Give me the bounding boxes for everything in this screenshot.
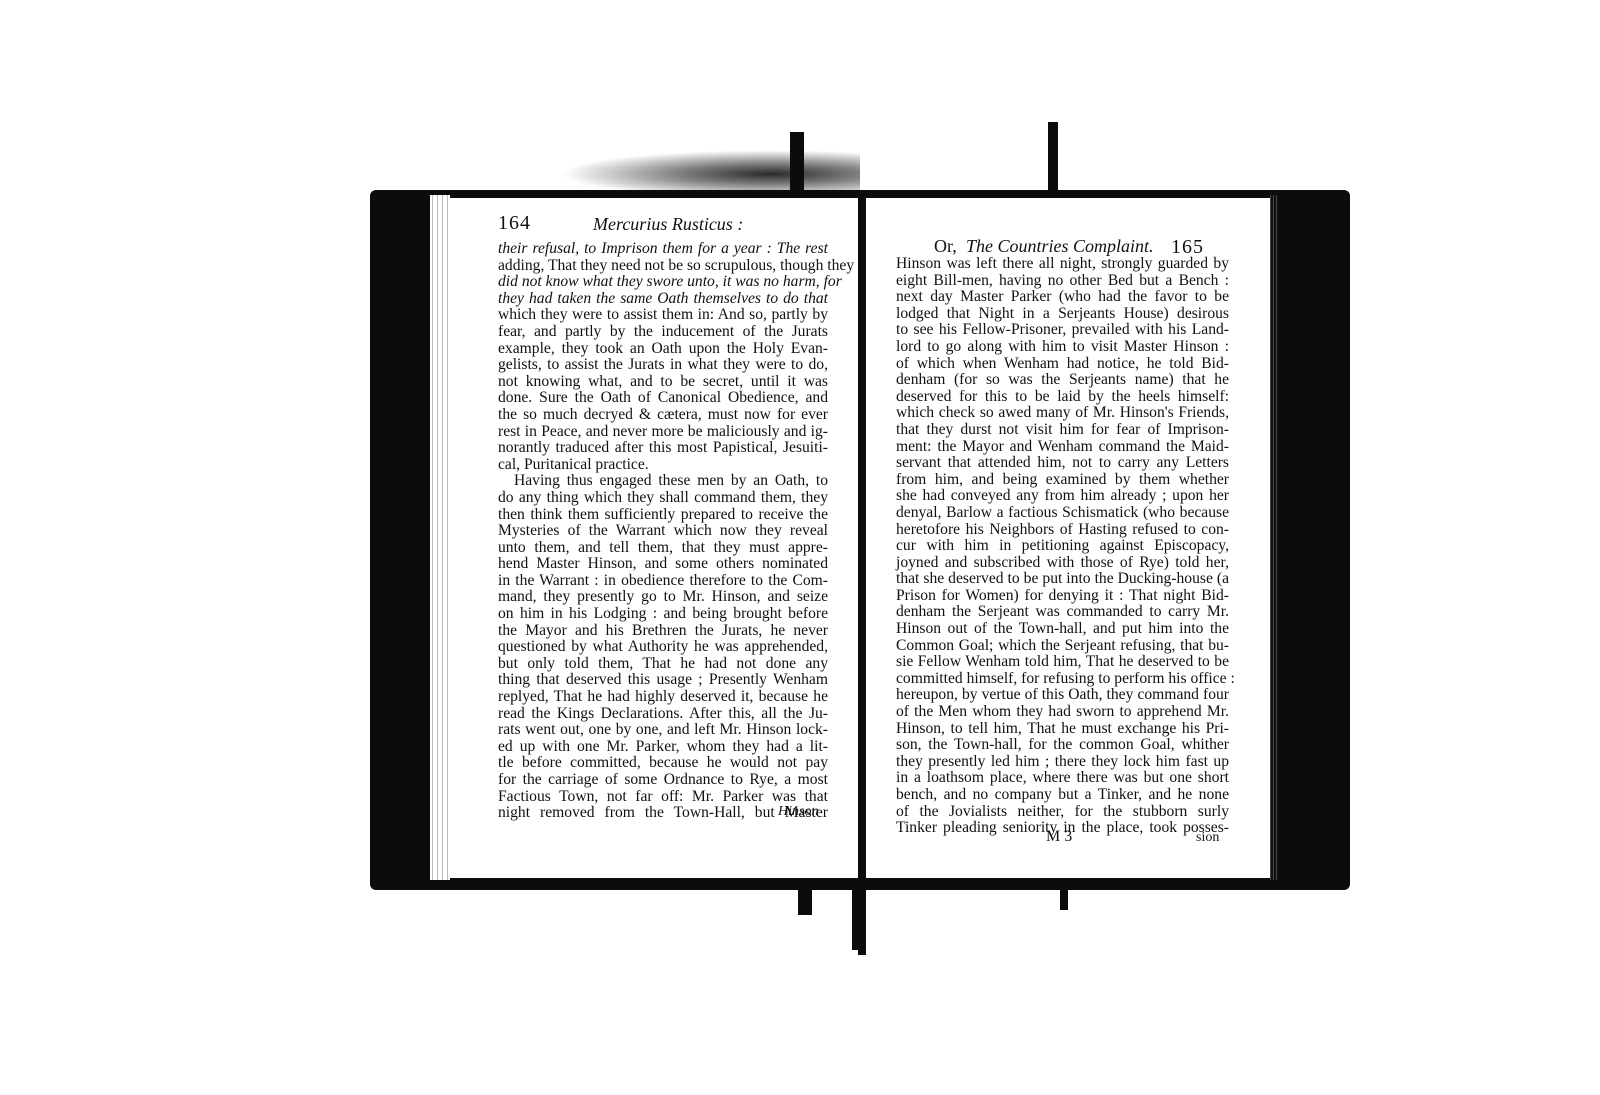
text-line: the Mayor and his Brethren the Jurats, h… <box>498 623 828 640</box>
text-line: do any thing which they shall command th… <box>498 490 828 507</box>
text-line: of which when Wenham had notice, he told… <box>896 356 1229 373</box>
text-line: in a loathsom place, where there was but… <box>896 770 1229 787</box>
page-edges-right <box>1270 195 1278 880</box>
text-line: then think them sufficiently prepared to… <box>498 507 828 524</box>
text-line: from him, and being examined by them whe… <box>896 472 1229 489</box>
right-catchword: sion <box>1196 830 1219 846</box>
text-line: denyal, Barlow a factious Schismatick (w… <box>896 505 1229 522</box>
text-line: hereupon, by vertue of this Oath, they c… <box>896 687 1229 704</box>
text-line: rats went out, one by one, and left Mr. … <box>498 722 828 739</box>
text-line: Hinson was left there all night, strongl… <box>896 256 1229 273</box>
text-line: example, they took an Oath upon the Holy… <box>498 341 828 358</box>
text-line: tle before committed, because he would n… <box>498 755 828 772</box>
text-line: unto them, and tell them, that they must… <box>498 540 828 557</box>
left-page-number: 164 <box>498 212 531 235</box>
text-line: on him in his Lodging : and being brough… <box>498 606 828 623</box>
spine-gutter <box>858 195 866 955</box>
ribbon-tab-top-left <box>790 132 804 192</box>
text-line: joyned and subscribed with those of Rye)… <box>896 555 1229 572</box>
text-line: fear, and partly by the inducement of th… <box>498 324 828 341</box>
left-catchword: Hinson <box>778 804 818 820</box>
text-line: rest in Peace, and never more be malicio… <box>498 424 828 441</box>
right-running-title: The Countries Complaint. <box>966 236 1154 257</box>
left-page-body: their refusal, to Imprison them for a ye… <box>498 241 828 822</box>
ribbon-tab-bottom-right <box>1060 880 1068 910</box>
text-line: hend Master Hinson, and some others nomi… <box>498 556 828 573</box>
text-line: Prison for Women) for denying it : That … <box>896 588 1229 605</box>
text-line: to see his Fellow-Prisoner, prevailed wi… <box>896 322 1229 339</box>
text-line: read the Kings Declarations. After this,… <box>498 706 828 723</box>
text-line: not knowing what, and to be secret, unti… <box>498 374 828 391</box>
text-line: Common Goal; which the Serjeant refusing… <box>896 638 1229 655</box>
text-line: servant that attended him, not to carry … <box>896 455 1229 472</box>
signature-mark: M 3 <box>1046 828 1072 846</box>
text-line: norantly traduced after this most Papist… <box>498 440 828 457</box>
left-running-head: 164 Mercurius Rusticus : <box>448 212 858 240</box>
text-line: replyed, That he had highly deserved it,… <box>498 689 828 706</box>
ribbon-tab-bottom-left <box>798 880 812 915</box>
text-line: denham the Serjeant was commanded to car… <box>896 604 1229 621</box>
text-line: cur with him in petitioning against Epis… <box>896 538 1229 555</box>
text-line: Having thus engaged these men by an Oath… <box>498 473 828 490</box>
text-line: in the Warrant : in obedience therefore … <box>498 573 828 590</box>
text-line: their refusal, to Imprison them for a ye… <box>498 241 828 258</box>
text-line: lord to go along with him to visit Maste… <box>896 339 1229 356</box>
text-line: but only told them, That he had not done… <box>498 656 828 673</box>
text-line: cal, Puritanical practice. <box>498 457 828 474</box>
text-line: mand, they presently go to Mr. Hinson, a… <box>498 589 828 606</box>
text-line: which check so awed many of Mr. Hinson's… <box>896 405 1229 422</box>
text-line: Hinson, to tell him, That he must exchan… <box>896 721 1229 738</box>
text-line: heretofore his Neighbors of Hasting refu… <box>896 522 1229 539</box>
text-line: bench, and no company but a Tinker, and … <box>896 787 1229 804</box>
right-page-body: Hinson was left there all night, strongl… <box>896 256 1229 837</box>
text-line: that they durst not visit him for fear o… <box>896 422 1229 439</box>
cover-smudge <box>560 150 860 190</box>
text-line: they presently led him ; there they lock… <box>896 754 1229 771</box>
text-line: sie Fellow Wenham told him, That he dese… <box>896 654 1229 671</box>
text-line: that she deserved to be put into the Duc… <box>896 571 1229 588</box>
text-line: Mysteries of the Warrant which now they … <box>498 523 828 540</box>
text-line: did not know what they swore unto, it wa… <box>498 274 828 291</box>
text-line: Hinson out of the Town-hall, and put him… <box>896 621 1229 638</box>
right-running-prefix: Or, <box>934 236 957 257</box>
text-line: the so much decryed & cætera, must now f… <box>498 407 828 424</box>
text-line: son, the Town-hall, for the common Goal,… <box>896 737 1229 754</box>
right-page: Or, The Countries Complaint. 165 Hinson … <box>866 198 1270 878</box>
text-line: done. Sure the Oath of Canonical Obedien… <box>498 390 828 407</box>
left-running-title: Mercurius Rusticus : <box>593 214 743 235</box>
text-line: committed himself, for refusing to perfo… <box>896 671 1229 688</box>
text-line: lodged that Night in a Serjeants House) … <box>896 306 1229 323</box>
text-line: gelists, to assist the Jurats in what th… <box>498 357 828 374</box>
text-line: they had taken the same Oath themselves … <box>498 291 828 308</box>
text-line: she had conveyed any from him already ; … <box>896 488 1229 505</box>
text-line: for the carriage of some Ordnance to Rye… <box>498 772 828 789</box>
ribbon-tab-top-right <box>1048 122 1058 192</box>
left-page: 164 Mercurius Rusticus : their refusal, … <box>448 198 858 878</box>
text-line: questioned by what Authority he was appr… <box>498 639 828 656</box>
text-line: which they were to assist them in: And s… <box>498 307 828 324</box>
text-line: denham (for so was the Serjeants name) t… <box>896 372 1229 389</box>
text-line: adding, That they need not be so scrupul… <box>498 258 828 275</box>
text-line: ment: the Mayor and Wenham command the M… <box>896 439 1229 456</box>
text-line: thing that deserved this usage ; Present… <box>498 672 828 689</box>
text-line: deserved for this to be laid by the heel… <box>896 389 1229 406</box>
text-line: next day Master Parker (who had the favo… <box>896 289 1229 306</box>
text-line: ed up with one Mr. Parker, whom they had… <box>498 739 828 756</box>
text-line: of the Jovialists neither, for the stubb… <box>896 804 1229 821</box>
page-edges-left <box>430 195 450 880</box>
text-line: eight Bill-men, having no other Bed but … <box>896 273 1229 290</box>
text-line: Factious Town, not far off: Mr. Parker w… <box>498 789 828 806</box>
text-line: of the Men whom they had sworn to appreh… <box>896 704 1229 721</box>
